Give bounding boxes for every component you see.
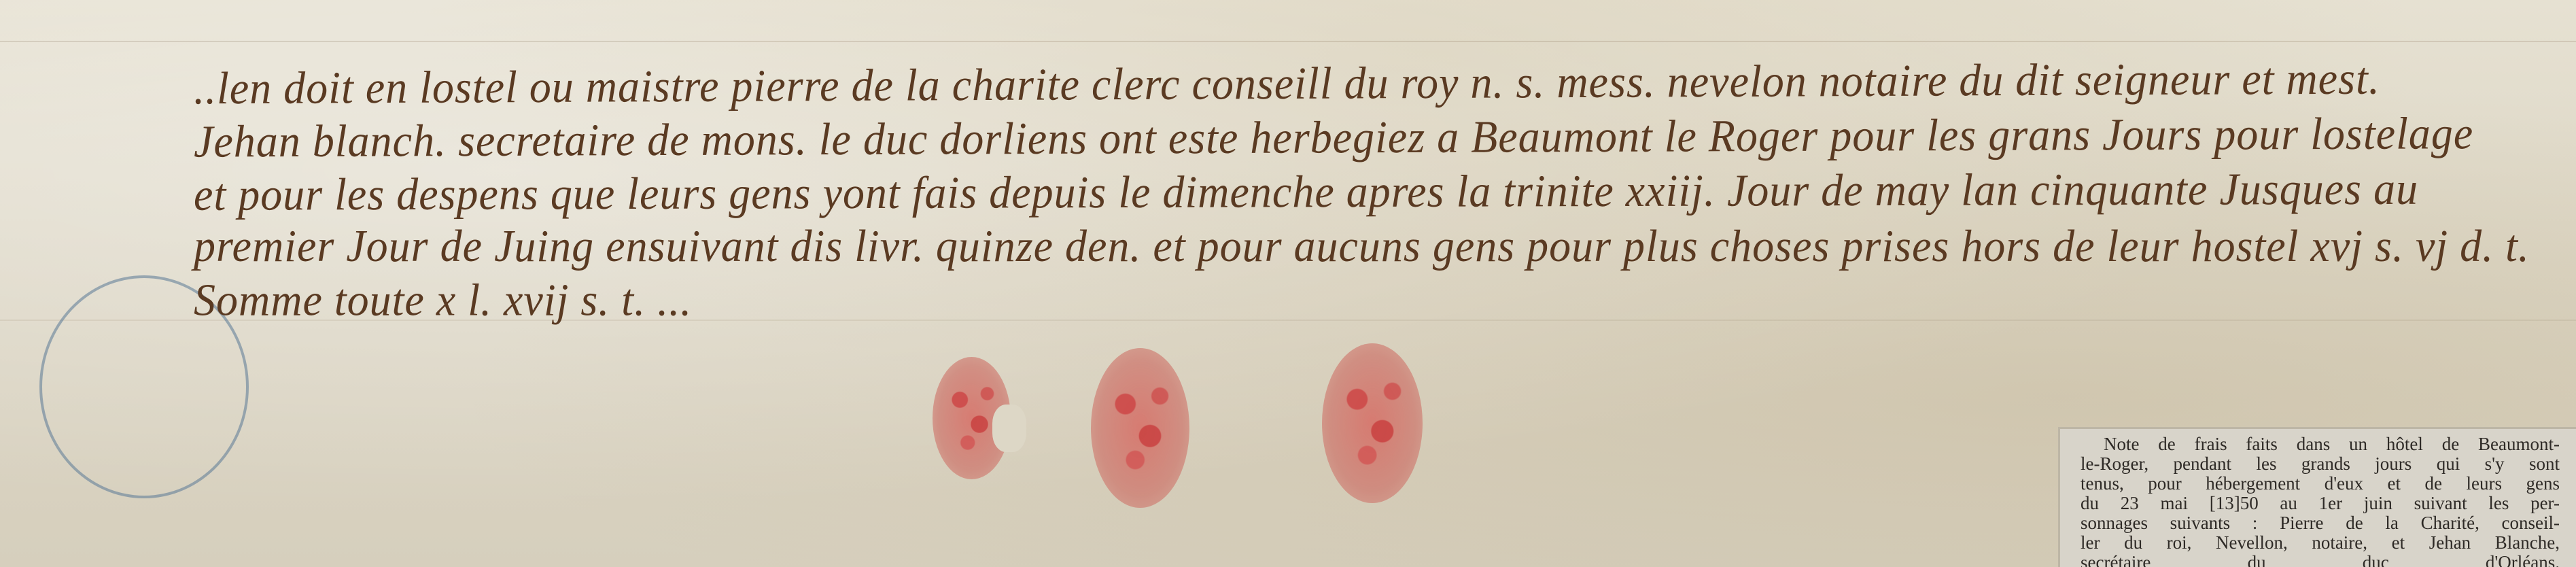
label-line: secrétaire du duc d'Orléans. [2081, 553, 2560, 567]
manuscript-line: Somme toute x l. xvij s. t. ... [194, 273, 2532, 328]
fold-crease [0, 41, 2576, 42]
label-line: ler du roi, Nevellon, notaire, et Jehan … [2081, 533, 2560, 553]
seal-damage [992, 405, 1026, 452]
label-line: Note de frais faits dans un hôtel de Bea… [2081, 434, 2560, 454]
manuscript-line: ..len doit en lostel ou maistre pierre d… [194, 51, 2532, 116]
manuscript-line: et pour les despens que leurs gens yont … [194, 161, 2532, 222]
printed-catalog-label: Note de frais faits dans un hôtel de Bea… [2058, 427, 2576, 567]
wax-seal [1091, 348, 1189, 508]
label-line: tenus, pour hébergement d'eux et de leur… [2081, 474, 2560, 494]
manuscript-line: Jehan blanch. secretaire de mons. le duc… [194, 106, 2532, 169]
wax-seal [1322, 343, 1423, 503]
manuscript-text: ..len doit en lostel ou maistre pierre d… [194, 56, 2532, 328]
manuscript-line: premier Jour de Juing ensuivant dis livr… [194, 219, 2532, 273]
label-line: du 23 mai [13]50 au 1er juin suivant les… [2081, 494, 2560, 513]
label-line: le-Roger, pendant les grands jours qui s… [2081, 454, 2560, 474]
label-line: sonnages suivants : Pierre de la Charité… [2081, 513, 2560, 533]
